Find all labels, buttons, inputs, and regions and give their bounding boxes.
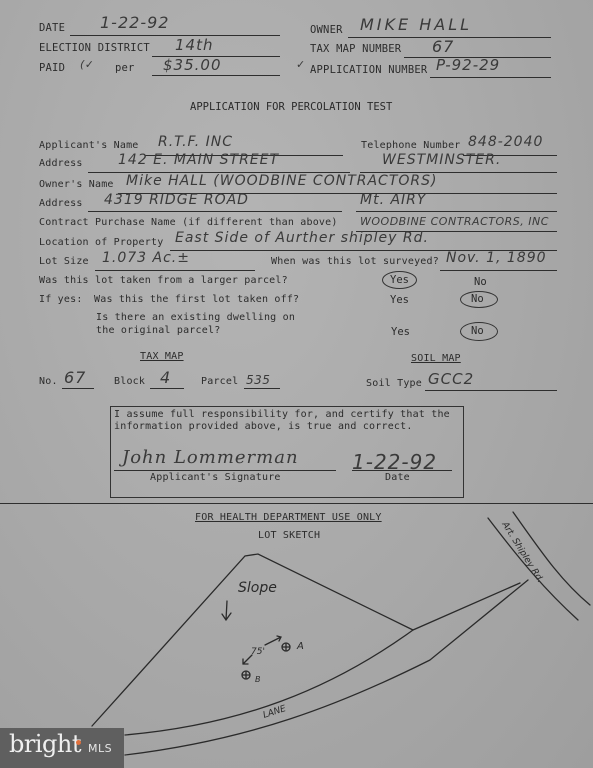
distance-label: 75' [251, 647, 265, 657]
watermark-brand: bright [9, 730, 81, 758]
point-a-label: A [296, 641, 304, 652]
road-label: Art. Shipley Rd. [499, 519, 545, 584]
slope-label: Slope [238, 580, 277, 596]
point-b-label: B [255, 675, 261, 684]
lot-sketch-drawing: Slope 75' A B LANE Art. Shipley Rd. [0, 0, 593, 768]
percolation-test-application: DATE 1-22-92 ELECTION DISTRICT 14th PAID… [0, 0, 593, 768]
watermark-accent-icon [76, 740, 81, 745]
watermark-suffix: MLS [88, 742, 112, 755]
bright-mls-watermark: bright MLS [0, 728, 124, 768]
